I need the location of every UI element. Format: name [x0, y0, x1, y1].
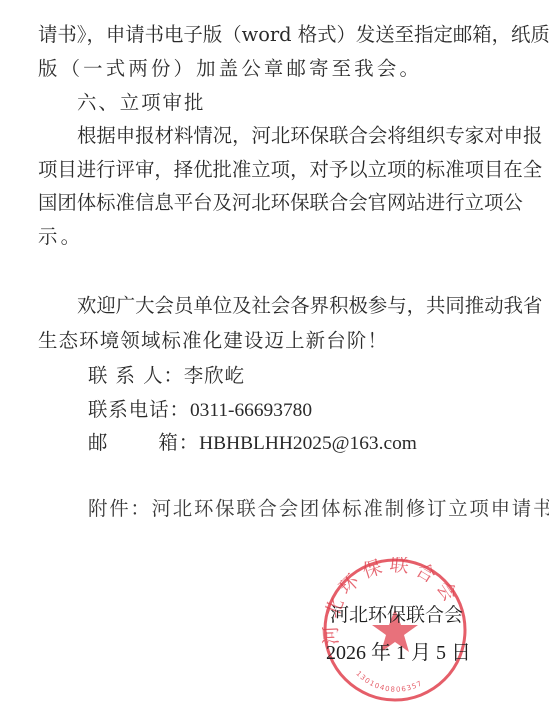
official-seal-icon: 河北环保联合会 1301040806357 [322, 557, 468, 703]
attachment-line: 附件：河北环保联合会团体标准制修订立项申请书 [88, 497, 549, 521]
contact-phone-label: 联系电话： [88, 398, 190, 421]
section-heading: 六、立项审批 [77, 91, 549, 115]
paragraph-line: 根据申报材料情况，河北环保联合会将组织专家对申报 [77, 124, 516, 148]
contact-person: 联 系 人：李欣屹 [88, 364, 245, 388]
paragraph-line: 国团体标准信息平台及河北环保联合会官网站进行立项公 [38, 191, 516, 215]
paragraph-line: 示。 [38, 225, 516, 249]
signature-date: 2026 年 1 月 5 日 [326, 636, 471, 665]
svg-text:1301040806357: 1301040806357 [354, 670, 424, 694]
closing-line: 生态环境领域标准化建设迈上新台阶！ [38, 329, 516, 353]
contact-email-label: 邮 [88, 431, 108, 454]
contact-person-value: 李欣屹 [184, 364, 245, 387]
paragraph-line: 版（一式两份）加盖公章邮寄至我会。 [38, 57, 516, 81]
closing-line: 欢迎广大会员单位及社会各界积极参与，共同推动我省 [77, 294, 516, 318]
contact-person-label: 联 系 人： [88, 364, 184, 387]
seal-number: 1301040806357 [354, 670, 424, 694]
contact-email-value[interactable]: HBHBLHH2025@163.com [199, 433, 417, 454]
paragraph-line: 项目进行评审，择优批准立项，对予以立项的标准项目在全 [38, 158, 516, 182]
contact-phone-value: 0311-66693780 [190, 400, 312, 421]
contact-email-label: 箱： [158, 431, 199, 454]
paragraph-line: 请书》，申请书电子版（word 格式）发送至指定邮箱，纸质 [38, 23, 516, 47]
contact-phone: 联系电话：0311-66693780 [88, 398, 312, 423]
contact-email: 邮箱：HBHBLHH2025@163.com [88, 431, 417, 456]
signature-org: 河北环保联合会 [330, 600, 463, 627]
